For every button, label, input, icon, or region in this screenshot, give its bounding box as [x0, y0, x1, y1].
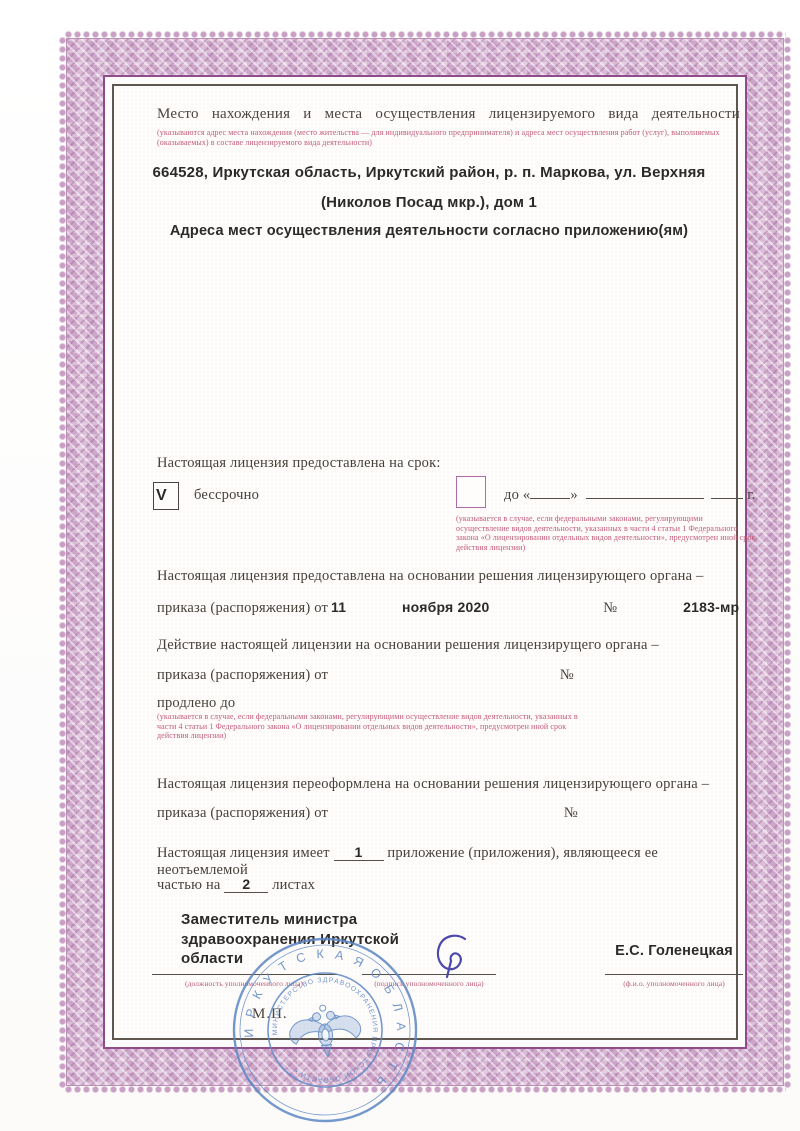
handwritten-signature — [427, 931, 475, 981]
reissue-order-prefix: приказа (распоряжения) от — [157, 805, 328, 821]
document-content: Место нахождения и места осуществления л… — [114, 86, 736, 1038]
until-suffix: г. — [747, 487, 755, 503]
appendix-addresses-line: Адреса мест осуществления деятельности с… — [134, 223, 724, 239]
granted-line-1: Настоящая лицензия предоставлена на осно… — [157, 568, 704, 585]
granted-line-2: приказа (распоряжения) от11 ноября 2020 … — [157, 599, 739, 617]
annex-part4: листах — [272, 877, 315, 893]
extension-number-sign: № — [560, 667, 574, 683]
reissue-line-1: Настоящая лицензия переоформлена на осно… — [157, 776, 709, 793]
granted-order-prefix: приказа (распоряжения) от — [157, 600, 328, 616]
until-day-blank — [530, 485, 570, 499]
until-close-quote: » — [570, 487, 577, 503]
reissue-line-2: приказа (распоряжения) от № — [157, 805, 578, 822]
until-prefix: до « — [504, 487, 530, 503]
inner-margin: Место нахождения и места осуществления л… — [103, 75, 747, 1049]
guilloche-band: Место нахождения и места осуществления л… — [66, 38, 784, 1086]
granted-number-sign: № — [603, 600, 617, 616]
until-year-blank — [711, 485, 743, 499]
section-title-location: Место нахождения и места осуществления л… — [157, 106, 740, 123]
term-footnote: (указывается в случае, если федеральными… — [456, 514, 756, 552]
granted-date-day: 11 — [331, 599, 346, 615]
annex-line-1: Настоящая лицензия имеет 1 приложение (п… — [157, 844, 740, 879]
annex-count: 1 — [334, 844, 384, 861]
annex-line-2: частью на 2 листах — [157, 876, 315, 894]
name-underline — [605, 974, 743, 975]
until-month-blank — [586, 485, 704, 499]
perpetual-label: бессрочно — [194, 487, 259, 504]
checkbox-perpetual: V — [153, 482, 179, 510]
extension-line-1: Действие настоящей лицензии на основании… — [157, 637, 659, 654]
address-line-2: (Николов Посад мкр.), дом 1 — [134, 194, 724, 211]
double-eagle-emblem — [287, 1001, 363, 1060]
checkbox-perpetual-mark: V — [156, 487, 167, 505]
certificate-border: Место нахождения и места осуществления л… — [58, 30, 792, 1094]
ministry-round-stamp: И Р К У Т С К А Я О Б Л А С Т Ь МИНИСТЕР… — [222, 927, 429, 1131]
border-scallop-right — [783, 36, 792, 1088]
granted-date-month-year: ноября 2020 — [402, 599, 489, 615]
content-frame: Место нахождения и места осуществления л… — [112, 84, 738, 1040]
extension-order-prefix: приказа (распоряжения) от — [157, 667, 328, 683]
name-caption: (ф.и.о. уполномоченного лица) — [600, 979, 748, 988]
address-line-1: 664528, Иркутская область, Иркутский рай… — [134, 164, 724, 181]
extension-footnote: (указывается в случае, если федеральными… — [157, 712, 595, 741]
signer-name: Е.С. Голенецкая — [605, 943, 743, 959]
license-term-title: Настоящая лицензия предоставлена на срок… — [157, 455, 441, 472]
annex-sheet-count: 2 — [224, 876, 268, 893]
annex-part3: частью на — [157, 877, 221, 893]
scanned-license-page: Место нахождения и места осуществления л… — [0, 0, 800, 1131]
extension-line-2: приказа (распоряжения) от № — [157, 667, 574, 684]
until-date-line: до «» г. — [504, 485, 740, 504]
extension-line-3: продлено до — [157, 695, 235, 712]
granted-number-value: 2183-мр — [683, 599, 739, 615]
section-title-footnote: (указываются адрес места нахождения (мес… — [157, 128, 740, 147]
annex-part1: Настоящая лицензия имеет — [157, 845, 330, 861]
checkbox-until-date — [456, 476, 486, 508]
reissue-number-sign: № — [564, 805, 578, 821]
